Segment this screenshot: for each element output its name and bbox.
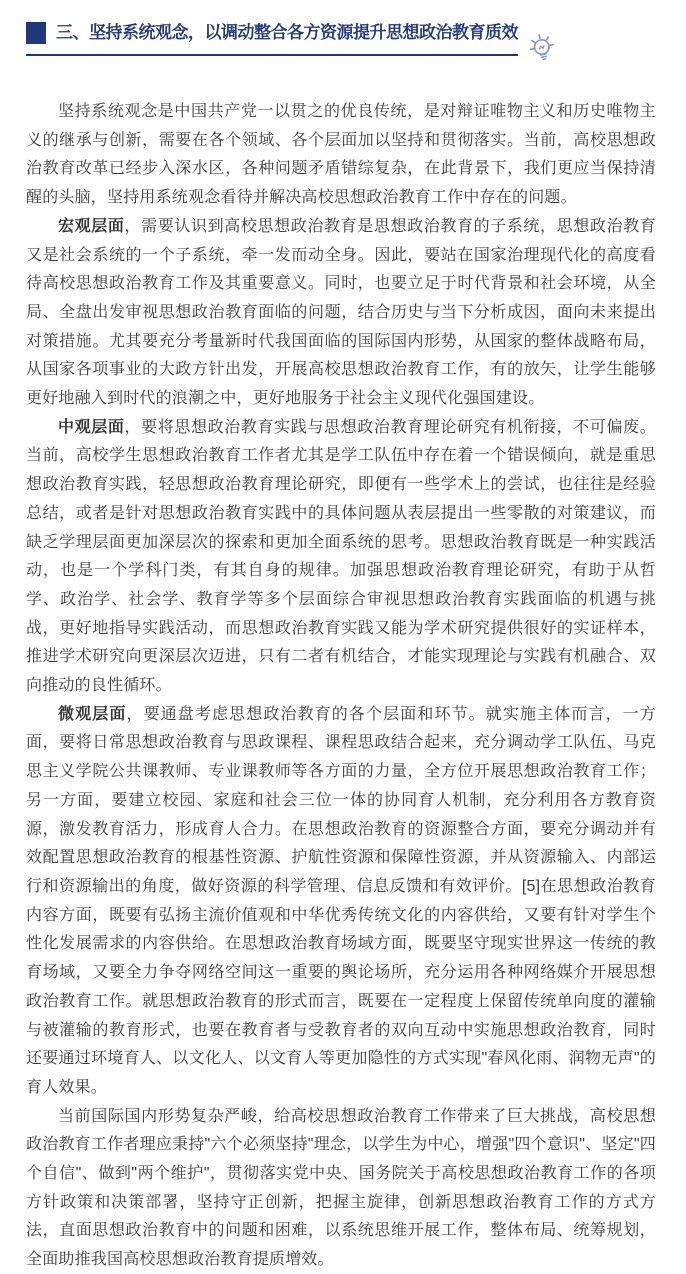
navy-square-icon: [26, 22, 46, 44]
paragraph-text: ，要通盘考虑思想政治教育的各个层面和环节。就实施主体而言，一方面，要将日常思想政…: [26, 706, 656, 1096]
paragraph-text: 当前国际国内形势复杂严峻，给高校思想政治教育工作带来了巨大挑战，高校思想政治教育…: [26, 1108, 656, 1269]
paragraph-intro: 坚持系统观念是中国共产党一以贯之的优良传统，是对辩证唯物主义和历史唯物主义的继承…: [26, 98, 656, 213]
paragraph-micro-level: 微观层面，要通盘考虑思想政治教育的各个层面和环节。就实施主体而言，一方面，要将日…: [26, 701, 656, 1103]
lightbulb-icon: [524, 29, 560, 72]
paragraph-lead: 宏观层面: [58, 218, 125, 235]
section-header: 三、坚持系统观念，以调动整合各方资源提升思想政治教育质效: [26, 21, 656, 72]
paragraph-meso-level: 中观层面，要将思想政治教育实践与思想政治教育理论研究有机衔接，不可偏废。当前，高…: [26, 414, 656, 701]
paragraph-text: ，要将思想政治教育实践与思想政治教育理论研究有机衔接，不可偏废。当前，高校学生思…: [26, 419, 656, 694]
section-title: 三、坚持系统观念，以调动整合各方资源提升思想政治教育质效: [56, 21, 518, 45]
article-body: 坚持系统观念是中国共产党一以贯之的优良传统，是对辩证唯物主义和历史唯物主义的继承…: [26, 98, 656, 1274]
paragraph-macro-level: 宏观层面，需要认识到高校思想政治教育是思想政治教育的子系统，思想政治教育又是社会…: [26, 213, 656, 414]
document-page: 三、坚持系统观念，以调动整合各方资源提升思想政治教育质效: [0, 0, 686, 1274]
section-header-underline: 三、坚持系统观念，以调动整合各方资源提升思想政治教育质效: [26, 21, 518, 56]
paragraph-conclusion: 当前国际国内形势复杂严峻，给高校思想政治教育工作带来了巨大挑战，高校思想政治教育…: [26, 1103, 656, 1274]
paragraph-text: ，需要认识到高校思想政治教育是思想政治教育的子系统，思想政治教育又是社会系统的一…: [26, 218, 656, 407]
paragraph-lead: 微观层面: [58, 706, 126, 723]
paragraph-text: 坚持系统观念是中国共产党一以贯之的优良传统，是对辩证唯物主义和历史唯物主义的继承…: [26, 103, 656, 206]
paragraph-lead: 中观层面: [58, 419, 125, 436]
